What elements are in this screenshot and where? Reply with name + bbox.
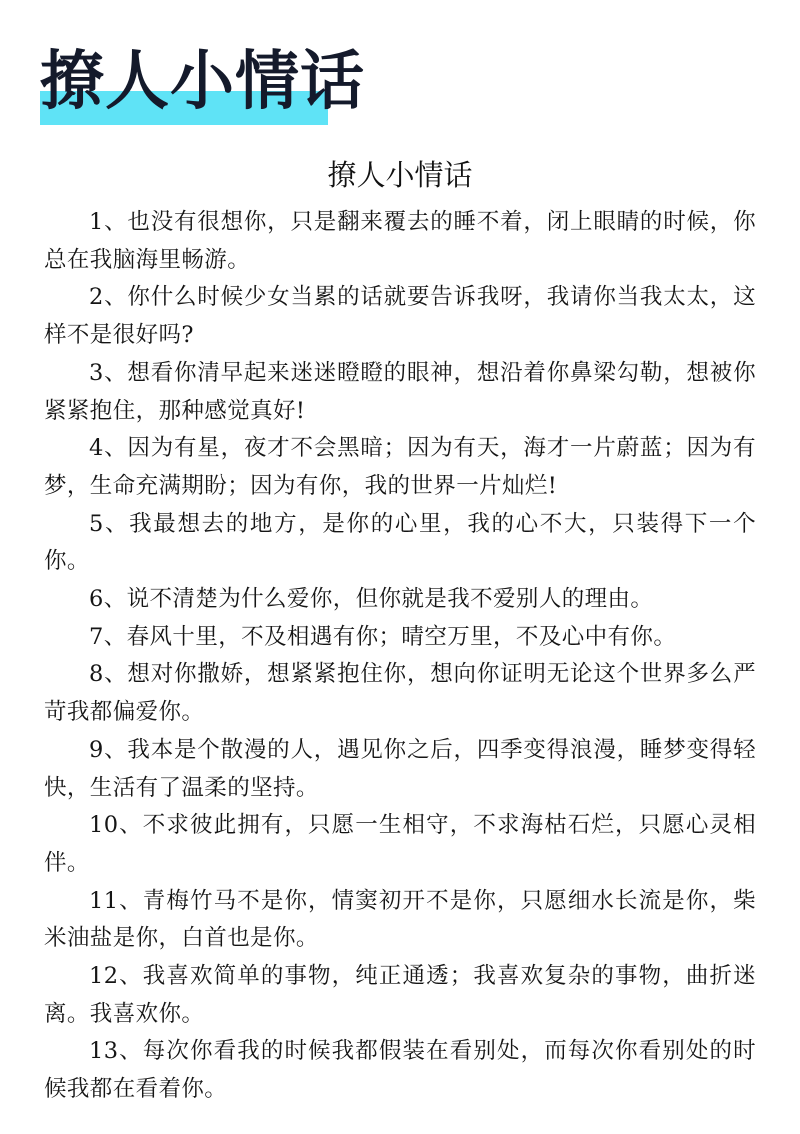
list-item: 8、想对你撒娇，想紧紧抱住你，想向你证明无论这个世界多么严苛我都偏爱你。 (44, 656, 756, 731)
list-item: 10、不求彼此拥有，只愿一生相守，不求海枯石烂，只愿心灵相伴。 (44, 807, 756, 882)
list-item: 9、我本是个散漫的人，遇见你之后，四季变得浪漫，睡梦变得轻快，生活有了温柔的坚持… (44, 732, 756, 807)
document-body: 1、也没有很想你，只是翻来覆去的睡不着，闭上眼睛的时候，你总在我脑海里畅游。 2… (44, 204, 756, 1109)
list-item: 12、我喜欢简单的事物，纯正通透；我喜欢复杂的事物，曲折迷离。我喜欢你。 (44, 958, 756, 1033)
list-item: 13、每次你看我的时候我都假装在看别处，而每次你看别处的时候我都在看着你。 (44, 1033, 756, 1108)
banner-header: 撩人小情话 (40, 40, 340, 130)
banner-title: 撩人小情话 (40, 42, 365, 122)
document-title: 撩人小情话 (0, 153, 800, 197)
list-item: 2、你什么时候少女当累的话就要告诉我呀，我请你当我太太，这样不是很好吗? (44, 279, 756, 354)
list-item: 5、我最想去的地方，是你的心里，我的心不大，只装得下一个你。 (44, 506, 756, 581)
list-item: 11、青梅竹马不是你，情窦初开不是你，只愿细水长流是你，柴米油盐是你，白首也是你… (44, 883, 756, 958)
list-item: 4、因为有星，夜才不会黑暗；因为有天，海才一片蔚蓝；因为有梦，生命充满期盼；因为… (44, 430, 756, 505)
list-item: 6、说不清楚为什么爱你，但你就是我不爱别人的理由。 (44, 581, 756, 619)
list-item: 7、春风十里，不及相遇有你；晴空万里，不及心中有你。 (44, 619, 756, 657)
list-item: 1、也没有很想你，只是翻来覆去的睡不着，闭上眼睛的时候，你总在我脑海里畅游。 (44, 204, 756, 279)
list-item: 3、想看你清早起来迷迷瞪瞪的眼神，想沿着你鼻梁勾勒，想被你紧紧抱住，那种感觉真好… (44, 355, 756, 430)
